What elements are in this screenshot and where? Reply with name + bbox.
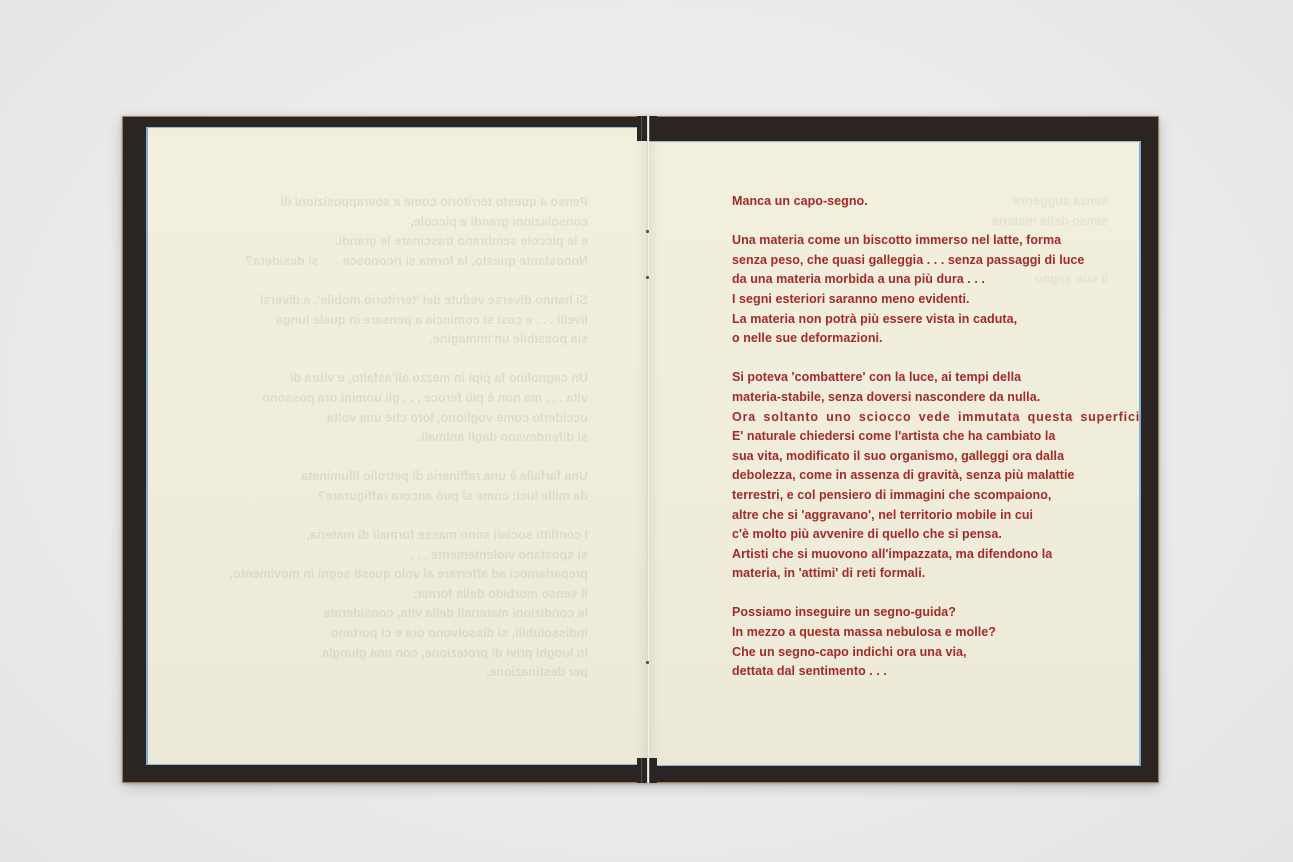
- poem-line: c'è molto più avvenire di quello che si …: [732, 525, 1122, 545]
- showthrough-stanza: I conflitti sociali sono masse formali d…: [218, 526, 588, 683]
- showthrough-stanza: Penso a questo territorio come a sovrapp…: [218, 193, 588, 271]
- showthrough-line: ucciderlo come vogliono, loro che una vo…: [218, 409, 588, 429]
- showthrough-line: prepariamoci ad afferrare al volo questi…: [218, 565, 588, 585]
- poem-line: materia, in 'attimi' di reti formali.: [732, 564, 1122, 584]
- staple-mark: [646, 230, 649, 233]
- showthrough-line: le condizioni materiali della vita, cons…: [218, 604, 588, 624]
- poem-line: dettata dal sentimento . . .: [732, 662, 1122, 682]
- showthrough-stanza: Un cagnolino fa pipì in mezzo all'asfalt…: [218, 369, 588, 447]
- book-spine-fold: [647, 116, 649, 783]
- staple-mark: [646, 276, 649, 279]
- showthrough-line: in luoghi privi di protezione, con una g…: [218, 644, 588, 664]
- poem-line: sua vita, modificato il suo organismo, g…: [732, 447, 1122, 467]
- poem-line: Una materia come un biscotto immerso nel…: [732, 231, 1122, 251]
- showthrough-line: indissolubili, si dissolvono ora e ci po…: [218, 624, 588, 644]
- showthrough-line: Penso a questo territorio come a sovrapp…: [218, 193, 588, 213]
- poem-line: In mezzo a questa massa nebulosa e molle…: [732, 623, 1122, 643]
- poem-line: La materia non potrà più essere vista in…: [732, 310, 1122, 330]
- poem-line: I segni esteriori saranno meno evidenti.: [732, 290, 1122, 310]
- showthrough-line: Un cagnolino fa pipì in mezzo all'asfalt…: [218, 369, 588, 389]
- poem-stanza-3: Possiamo inseguire un segno-guida? In me…: [732, 603, 1122, 681]
- showthrough-line: consolazioni grandi e piccole,: [218, 213, 588, 233]
- poem-title: Manca un capo-segno.: [732, 192, 1122, 212]
- poem-line: Artisti che si muovono all'impazzata, ma…: [732, 545, 1122, 565]
- staple-mark: [646, 661, 649, 664]
- poem-stanza-2: Si poteva 'combattere' con la luce, ai t…: [732, 368, 1122, 584]
- poem-line: debolezza, come in assenza di gravità, s…: [732, 466, 1122, 486]
- poem-line: Ora soltanto uno sciocco vede immutata q…: [732, 408, 1122, 428]
- poem-line: Possiamo inseguire un segno-guida?: [732, 603, 1122, 623]
- showthrough-line: per destinazione.: [218, 663, 588, 683]
- showthrough-stanza: Si hanno diverse vedute del 'territorio …: [218, 291, 588, 350]
- showthrough-line: sia possibile un'immagine.: [218, 330, 588, 350]
- poem-stanza-1: Una materia come un biscotto immerso nel…: [732, 231, 1122, 349]
- poem-line: senza peso, che quasi galleggia . . . se…: [732, 251, 1122, 271]
- poem-line: altre che si 'aggravano', nel territorio…: [732, 506, 1122, 526]
- showthrough-line: si difendevano dagli animali.: [218, 428, 588, 448]
- showthrough-line: I conflitti sociali sono masse formali d…: [218, 526, 588, 546]
- showthrough-line: vita . . . ma non è più feroce . . . gli…: [218, 389, 588, 409]
- title-line: Manca un capo-segno.: [732, 192, 1122, 212]
- poem-line: da una materia morbida a una più dura . …: [732, 270, 1122, 290]
- left-page: Penso a questo territorio come a sovrapp…: [146, 127, 648, 765]
- poem-line: Si poteva 'combattere' con la luce, ai t…: [732, 368, 1122, 388]
- poem-line: o nelle sue deformazioni.: [732, 329, 1122, 349]
- left-page-showthrough-text: Penso a questo territorio come a sovrapp…: [218, 193, 588, 702]
- showthrough-line: e le piccole sembrano trascinare le gran…: [218, 232, 588, 252]
- showthrough-line: livelli . . . e così si comincia a pensa…: [218, 311, 588, 331]
- showthrough-line: da mille luci; come si può ancora raffig…: [218, 487, 588, 507]
- right-page: senza suggerire senso della materia il s…: [648, 141, 1141, 766]
- showthrough-line: Si hanno diverse vedute del 'territorio …: [218, 291, 588, 311]
- poem-line: materia-stabile, senza doversi nasconder…: [732, 388, 1122, 408]
- poem-line: E' naturale chiedersi come l'artista che…: [732, 427, 1122, 447]
- booklet: Penso a questo territorio come a sovrapp…: [122, 116, 1159, 783]
- showthrough-line: Nonostante questo, la forma si riconosce…: [218, 252, 588, 272]
- showthrough-line: si spostano violentemente . . .: [218, 546, 588, 566]
- poem-line: Che un segno-capo indichi ora una via,: [732, 643, 1122, 663]
- showthrough-line: il senso morbido della forma:: [218, 585, 588, 605]
- poem-text: Manca un capo-segno. Una materia come un…: [732, 192, 1122, 701]
- showthrough-line: Una farfalla è una raffineria di petroli…: [218, 467, 588, 487]
- poem-line: terrestri, e col pensiero di immagini ch…: [732, 486, 1122, 506]
- showthrough-stanza: Una farfalla è una raffineria di petroli…: [218, 467, 588, 506]
